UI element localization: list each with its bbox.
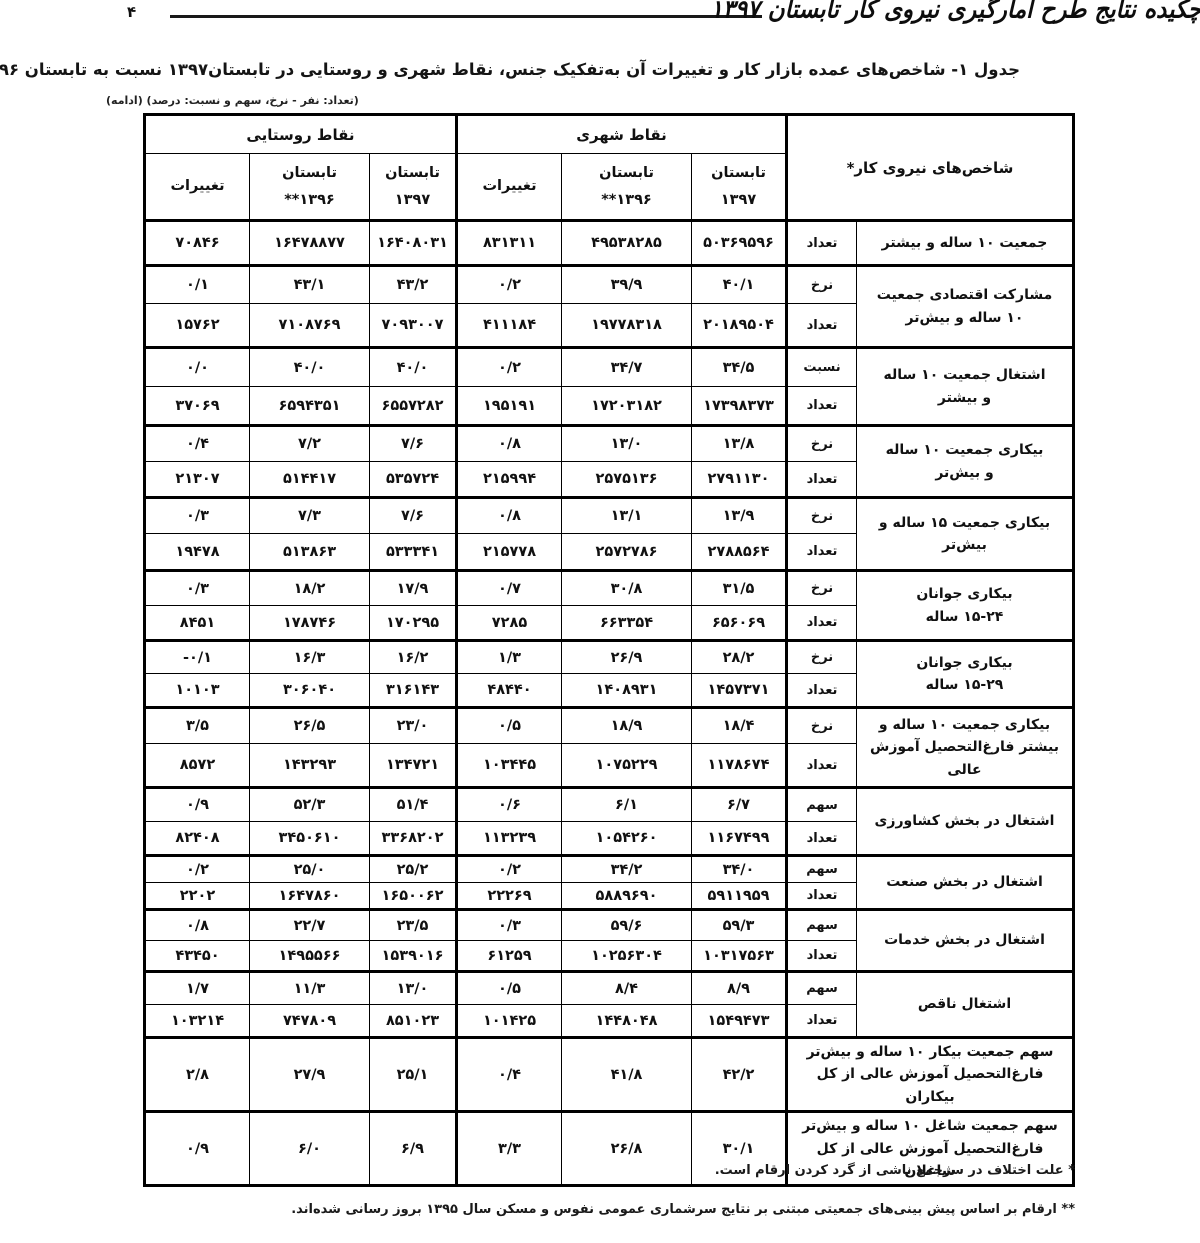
table-row: مشارکت اقتصادی جمعیت ۱۰ ساله و بیش‌ترنرخ… (145, 266, 1074, 304)
urban-1396-value: ۳۹/۹ (562, 266, 692, 304)
urban-change-value: ۴۱۱۱۸۴ (457, 304, 562, 348)
rural-1397-value: ۱۷/۹ (370, 571, 457, 606)
rural-1397-value: ۲۵/۱ (370, 1038, 457, 1112)
urban-change-value: ۱/۳ (457, 641, 562, 674)
unit-label: تعداد (787, 534, 857, 571)
rural-change-value: ۰/۹ (145, 788, 250, 822)
rural-1397-value: ۱۳/۰ (370, 972, 457, 1005)
urban-change-value: ۳/۳ (457, 1112, 562, 1186)
indicator-label: اشتغال در بخش صنعت (857, 856, 1074, 910)
rural-1396-value: ۲۵/۰ (250, 856, 370, 883)
indicator-label: بیکاری جوانان ۱۵-۲۹ ساله (857, 641, 1074, 708)
urban-1396-value: ۱۸/۹ (562, 708, 692, 744)
urban-change-value: ۷۲۸۵ (457, 606, 562, 641)
table-row: اشتغال در بخش خدماتسهم۵۹/۳۵۹/۶۰/۳۲۳/۵۲۲/… (145, 910, 1074, 941)
rural-change-value: ۸۵۷۲ (145, 744, 250, 788)
urban-1397-value: ۱۱۶۷۴۹۹ (692, 822, 787, 856)
urban-1397-value: ۵۰۳۶۹۵۹۶ (692, 221, 787, 266)
rural-1396-value: ۳۴۵۰۶۱۰ (250, 822, 370, 856)
urban-1397-value: ۱۳/۸ (692, 426, 787, 462)
urban-1396-value: ۱۷۲۰۳۱۸۲ (562, 387, 692, 426)
rural-change-value: ۰/۲ (145, 856, 250, 883)
rural-change-value: ۱/۷ (145, 972, 250, 1005)
urban-change-value: ۰/۴ (457, 1038, 562, 1112)
rural-1397-value: ۸۵۱۰۲۳ (370, 1005, 457, 1038)
urban-1396-value: ۱۳/۰ (562, 426, 692, 462)
rural-1397-value: ۵۳۵۷۲۴ (370, 462, 457, 498)
indicators-table-body: جمعیت ۱۰ ساله و بیشترتعداد۵۰۳۶۹۵۹۶۴۹۵۳۸۲… (145, 221, 1074, 1186)
urban-1397-value: ۵۹۱۱۹۵۹ (692, 883, 787, 910)
rural-change-value: ۴۳۴۵۰ (145, 941, 250, 972)
indicator-label: سهم جمعیت بیکار ۱۰ ساله و بیش‌تر فارغ‌ال… (787, 1038, 1074, 1112)
urban-group-header: نقاط شهری (457, 115, 787, 154)
urban-1396-value: ۱۴۴۸۰۴۸ (562, 1005, 692, 1038)
table-row: سهم جمعیت بیکار ۱۰ ساله و بیش‌تر فارغ‌ال… (145, 1038, 1074, 1112)
table-title: جدول ۱- شاخص‌های عمده بازار کار و تغییرا… (0, 60, 1020, 79)
table-row: اشتغال در بخش کشاورزیسهم۶/۷۶/۱۰/۶۵۱/۴۵۲/… (145, 788, 1074, 822)
rural-change-value: ۱۵۷۶۲ (145, 304, 250, 348)
rural-1397-value: ۵۱/۴ (370, 788, 457, 822)
footnote-census-projection: ** ارقام بر اساس پیش بینی‌های جمعیتی مبت… (291, 1202, 1075, 1217)
urban-1396-value: ۱۹۷۷۸۳۱۸ (562, 304, 692, 348)
rural-1397-value: ۱۷۰۲۹۵ (370, 606, 457, 641)
table-row: اشتغال ناقصسهم۸/۹۸/۴۰/۵۱۳/۰۱۱/۳۱/۷ (145, 972, 1074, 1005)
urban-1397-value: ۱۱۷۸۶۷۴ (692, 744, 787, 788)
urban-change-value: ۰/۲ (457, 266, 562, 304)
urban-1396-value: ۲۵۷۵۱۳۶ (562, 462, 692, 498)
urban-change-value: ۸۳۱۳۱۱ (457, 221, 562, 266)
urban-change-value: ۰/۲ (457, 348, 562, 387)
rural-change-value: ۰/۰ (145, 348, 250, 387)
urban-1397-value: ۱۸/۴ (692, 708, 787, 744)
unit-label: نرخ (787, 571, 857, 606)
urban-change-value: ۰/۲ (457, 856, 562, 883)
rural-change-value: ۰/۹ (145, 1112, 250, 1186)
urban-change-value: ۲۱۵۹۹۴ (457, 462, 562, 498)
urban-change-value: ۰/۸ (457, 498, 562, 534)
rural-1397-value: ۶/۹ (370, 1112, 457, 1186)
urban-1397-value: ۳۴/۵ (692, 348, 787, 387)
urban-change-value: ۴۸۴۴۰ (457, 674, 562, 708)
rural-1397-value: ۲۳/۵ (370, 910, 457, 941)
urban-1397-value: ۱۴۵۷۳۷۱ (692, 674, 787, 708)
urban-1396-value: ۲۶/۸ (562, 1112, 692, 1186)
rural-1396-value: ۷/۳ (250, 498, 370, 534)
unit-label: تعداد (787, 221, 857, 266)
rural-1397-value: ۱۵۳۹۰۱۶ (370, 941, 457, 972)
table-row: بیکاری جمعیت ۱۵ ساله و بیش‌ترنرخ۱۳/۹۱۳/۱… (145, 498, 1074, 534)
rural-change-value: ۰/۳ (145, 498, 250, 534)
rural-1396-value: ۱۶۴۷۸۸۷۷ (250, 221, 370, 266)
rural-1396-value: ۱۱/۳ (250, 972, 370, 1005)
urban-1396-value: ۱۴۰۸۹۳۱ (562, 674, 692, 708)
rural-1396-value: ۴۰/۰ (250, 348, 370, 387)
urban-change-value: ۱۹۵۱۹۱ (457, 387, 562, 426)
rural-1396-value: ۲۷/۹ (250, 1038, 370, 1112)
rural-1396-value: ۴۳/۱ (250, 266, 370, 304)
urban-change-value: ۰/۳ (457, 910, 562, 941)
urban-1397-value: ۲۸/۲ (692, 641, 787, 674)
rural-1397-value: ۵۳۳۳۴۱ (370, 534, 457, 571)
report-header-calligraphy: چکیده نتایج طرح آمارگیری نیروی کار تابست… (710, 0, 1200, 24)
rural-change-value: ۸۴۵۱ (145, 606, 250, 641)
rural-1396-column-header: تابستان ۱۳۹۶** (250, 154, 370, 221)
urban-1397-value: ۳۴/۰ (692, 856, 787, 883)
unit-label: تعداد (787, 674, 857, 708)
urban-1396-value: ۲۵۷۲۷۸۶ (562, 534, 692, 571)
rural-1397-value: ۱۶۵۰۰۶۲ (370, 883, 457, 910)
unit-label: نرخ (787, 708, 857, 744)
urban-1396-value: ۱۰۲۵۶۳۰۴ (562, 941, 692, 972)
rural-1396-value: ۳۰۶۰۴۰ (250, 674, 370, 708)
unit-label: تعداد (787, 941, 857, 972)
rural-1396-value: ۲۶/۵ (250, 708, 370, 744)
urban-1396-value: ۳۰/۸ (562, 571, 692, 606)
urban-change-value: ۰/۸ (457, 426, 562, 462)
urban-change-value: ۰/۶ (457, 788, 562, 822)
table-row: بیکاری جوانان ۱۵-۲۴ سالهنرخ۳۱/۵۳۰/۸۰/۷۱۷… (145, 571, 1074, 606)
urban-1397-value: ۱۷۳۹۸۳۷۳ (692, 387, 787, 426)
table-row: بیکاری جمعیت ۱۰ ساله و بیش‌ترنرخ۱۳/۸۱۳/۰… (145, 426, 1074, 462)
urban-1396-value: ۳۴/۲ (562, 856, 692, 883)
rural-change-value: ۱۹۴۷۸ (145, 534, 250, 571)
urban-1397-value: ۳۱/۵ (692, 571, 787, 606)
rural-1396-value: ۱۸/۲ (250, 571, 370, 606)
rural-1396-value: ۷۱۰۸۷۶۹ (250, 304, 370, 348)
urban-1396-value: ۴۱/۸ (562, 1038, 692, 1112)
urban-1397-value: ۱۵۴۹۴۷۳ (692, 1005, 787, 1038)
rural-1397-value: ۴۰/۰ (370, 348, 457, 387)
urban-1396-value: ۵۸۸۹۶۹۰ (562, 883, 692, 910)
rural-change-value: -۰/۱ (145, 641, 250, 674)
rural-change-value: ۲۲۰۲ (145, 883, 250, 910)
unit-label: سهم (787, 972, 857, 1005)
unit-label: نسبت (787, 348, 857, 387)
urban-1397-column-header: تابستان ۱۳۹۷ (692, 154, 787, 221)
rural-1397-value: ۷/۶ (370, 498, 457, 534)
urban-1397-value: ۴۲/۲ (692, 1038, 787, 1112)
page-number: ۴ (127, 3, 136, 21)
rural-1397-value: ۷/۶ (370, 426, 457, 462)
rural-change-value: ۱۰۳۲۱۴ (145, 1005, 250, 1038)
rural-change-value: ۰/۳ (145, 571, 250, 606)
rural-change-value: ۳/۵ (145, 708, 250, 744)
indicator-column-header: شاخص‌های نیروی کار* (787, 115, 1074, 221)
rural-1397-value: ۶۵۵۷۲۸۲ (370, 387, 457, 426)
rural-1397-value: ۷۰۹۳۰۰۷ (370, 304, 457, 348)
indicator-label: بیکاری جوانان ۱۵-۲۴ ساله (857, 571, 1074, 641)
table-row: بیکاری جمعیت ۱۰ ساله و بیشتر فارغ‌التحصی… (145, 708, 1074, 744)
indicator-label: بیکاری جمعیت ۱۰ ساله و بیش‌تر (857, 426, 1074, 498)
urban-change-value: ۰/۵ (457, 708, 562, 744)
urban-1396-value: ۵۹/۶ (562, 910, 692, 941)
rural-1396-value: ۵۲/۳ (250, 788, 370, 822)
urban-change-value: ۱۱۳۲۳۹ (457, 822, 562, 856)
rural-1396-value: ۶/۰ (250, 1112, 370, 1186)
urban-1397-value: ۵۹/۳ (692, 910, 787, 941)
unit-label: سهم (787, 788, 857, 822)
rural-change-value: ۰/۸ (145, 910, 250, 941)
indicator-label: اشتغال جمعیت ۱۰ ساله و بیشتر (857, 348, 1074, 426)
unit-label: تعداد (787, 304, 857, 348)
rural-1397-value: ۲۵/۲ (370, 856, 457, 883)
indicator-label: اشتغال در بخش خدمات (857, 910, 1074, 972)
urban-1397-value: ۶/۷ (692, 788, 787, 822)
rural-1397-value: ۱۳۴۷۲۱ (370, 744, 457, 788)
unit-label: نرخ (787, 266, 857, 304)
urban-change-value: ۰/۷ (457, 571, 562, 606)
rural-1396-value: ۱۴۹۵۵۶۶ (250, 941, 370, 972)
rural-change-value: ۰/۱ (145, 266, 250, 304)
urban-change-value: ۱۰۳۴۴۵ (457, 744, 562, 788)
rural-change-value: ۱۰۱۰۳ (145, 674, 250, 708)
urban-1396-value: ۶/۱ (562, 788, 692, 822)
rural-1397-value: ۳۳۶۸۲۰۲ (370, 822, 457, 856)
rural-1396-value: ۱۶/۳ (250, 641, 370, 674)
unit-label: تعداد (787, 883, 857, 910)
rural-1396-value: ۱۶۴۷۸۶۰ (250, 883, 370, 910)
header-rule (170, 15, 762, 18)
rural-1397-value: ۳۱۶۱۴۳ (370, 674, 457, 708)
indicator-label: اشتغال در بخش کشاورزی (857, 788, 1074, 856)
urban-change-value: ۰/۵ (457, 972, 562, 1005)
rural-change-column-header: تغییرات (145, 154, 250, 221)
unit-label: تعداد (787, 606, 857, 641)
scanned-report-page: { "page": { "number": "۴" }, "header": {… (0, 0, 1200, 1243)
urban-1397-value: ۲۷۹۱۱۳۰ (692, 462, 787, 498)
rural-1396-value: ۵۱۴۴۱۷ (250, 462, 370, 498)
rural-1397-value: ۴۳/۲ (370, 266, 457, 304)
rural-1396-value: ۵۱۳۸۶۳ (250, 534, 370, 571)
units-note: (تعداد: نفر - نرخ، سهم و نسبت: درصد) (اد… (106, 94, 359, 107)
unit-label: تعداد (787, 744, 857, 788)
urban-1396-value: ۱۰۷۵۲۲۹ (562, 744, 692, 788)
rural-1397-value: ۱۶/۲ (370, 641, 457, 674)
rural-change-value: ۸۲۴۰۸ (145, 822, 250, 856)
urban-1397-value: ۱۳/۹ (692, 498, 787, 534)
unit-label: تعداد (787, 1005, 857, 1038)
indicator-label: بیکاری جمعیت ۱۰ ساله و بیشتر فارغ‌التحصی… (857, 708, 1074, 788)
labour-indicators-table: شاخص‌های نیروی کار* نقاط شهری نقاط روستا… (143, 113, 1075, 1187)
urban-1397-value: ۲۷۸۸۵۶۴ (692, 534, 787, 571)
urban-1396-value: ۳۴/۷ (562, 348, 692, 387)
unit-label: سهم (787, 856, 857, 883)
indicator-label: اشتغال ناقص (857, 972, 1074, 1038)
unit-label: نرخ (787, 498, 857, 534)
urban-1397-value: ۲۰۱۸۹۵۰۴ (692, 304, 787, 348)
table-row: اشتغال جمعیت ۱۰ ساله و بیشترنسبت۳۴/۵۳۴/۷… (145, 348, 1074, 387)
urban-1396-value: ۶۶۳۳۵۴ (562, 606, 692, 641)
urban-1396-column-header: تابستان ۱۳۹۶** (562, 154, 692, 221)
urban-1396-value: ۱۰۵۴۲۶۰ (562, 822, 692, 856)
rural-1396-value: ۷۴۷۸۰۹ (250, 1005, 370, 1038)
urban-change-value: ۱۰۱۴۲۵ (457, 1005, 562, 1038)
table-row: اشتغال در بخش صنعتسهم۳۴/۰۳۴/۲۰/۲۲۵/۲۲۵/۰… (145, 856, 1074, 883)
unit-label: تعداد (787, 387, 857, 426)
rural-change-value: ۳۷۰۶۹ (145, 387, 250, 426)
urban-1397-value: ۴۰/۱ (692, 266, 787, 304)
urban-change-value: ۶۱۲۵۹ (457, 941, 562, 972)
footnote-rounding: * علت اختلاف در سرجمع ناشی از گرد کردن ا… (715, 1163, 1075, 1178)
rural-1397-column-header: تابستان ۱۳۹۷ (370, 154, 457, 221)
indicator-label: جمعیت ۱۰ ساله و بیشتر (857, 221, 1074, 266)
rural-group-header: نقاط روستایی (145, 115, 457, 154)
rural-1396-value: ۲۲/۷ (250, 910, 370, 941)
indicator-label: مشارکت اقتصادی جمعیت ۱۰ ساله و بیش‌تر (857, 266, 1074, 348)
rural-change-value: ۰/۴ (145, 426, 250, 462)
unit-label: نرخ (787, 426, 857, 462)
rural-1396-value: ۱۴۳۲۹۳ (250, 744, 370, 788)
urban-1396-value: ۸/۴ (562, 972, 692, 1005)
table-row: بیکاری جوانان ۱۵-۲۹ سالهنرخ۲۸/۲۲۶/۹۱/۳۱۶… (145, 641, 1074, 674)
unit-label: نرخ (787, 641, 857, 674)
rural-1397-value: ۱۶۴۰۸۰۳۱ (370, 221, 457, 266)
rural-1397-value: ۲۳/۰ (370, 708, 457, 744)
rural-1396-value: ۷/۲ (250, 426, 370, 462)
urban-1397-value: ۸/۹ (692, 972, 787, 1005)
table-group-header-row: شاخص‌های نیروی کار* نقاط شهری نقاط روستا… (145, 115, 1074, 154)
rural-1396-value: ۶۵۹۴۳۵۱ (250, 387, 370, 426)
table-row: جمعیت ۱۰ ساله و بیشترتعداد۵۰۳۶۹۵۹۶۴۹۵۳۸۲… (145, 221, 1074, 266)
rural-change-value: ۷۰۸۴۶ (145, 221, 250, 266)
indicator-label: بیکاری جمعیت ۱۵ ساله و بیش‌تر (857, 498, 1074, 571)
unit-label: تعداد (787, 822, 857, 856)
urban-1396-value: ۲۶/۹ (562, 641, 692, 674)
urban-1397-value: ۱۰۳۱۷۵۶۳ (692, 941, 787, 972)
unit-label: تعداد (787, 462, 857, 498)
urban-1396-value: ۱۳/۱ (562, 498, 692, 534)
unit-label: سهم (787, 910, 857, 941)
rural-1396-value: ۱۷۸۷۴۶ (250, 606, 370, 641)
rural-change-value: ۲/۸ (145, 1038, 250, 1112)
urban-change-value: ۲۲۲۶۹ (457, 883, 562, 910)
urban-1396-value: ۴۹۵۳۸۲۸۵ (562, 221, 692, 266)
urban-change-value: ۲۱۵۷۷۸ (457, 534, 562, 571)
urban-change-column-header: تغییرات (457, 154, 562, 221)
urban-1397-value: ۶۵۶۰۶۹ (692, 606, 787, 641)
rural-change-value: ۲۱۳۰۷ (145, 462, 250, 498)
